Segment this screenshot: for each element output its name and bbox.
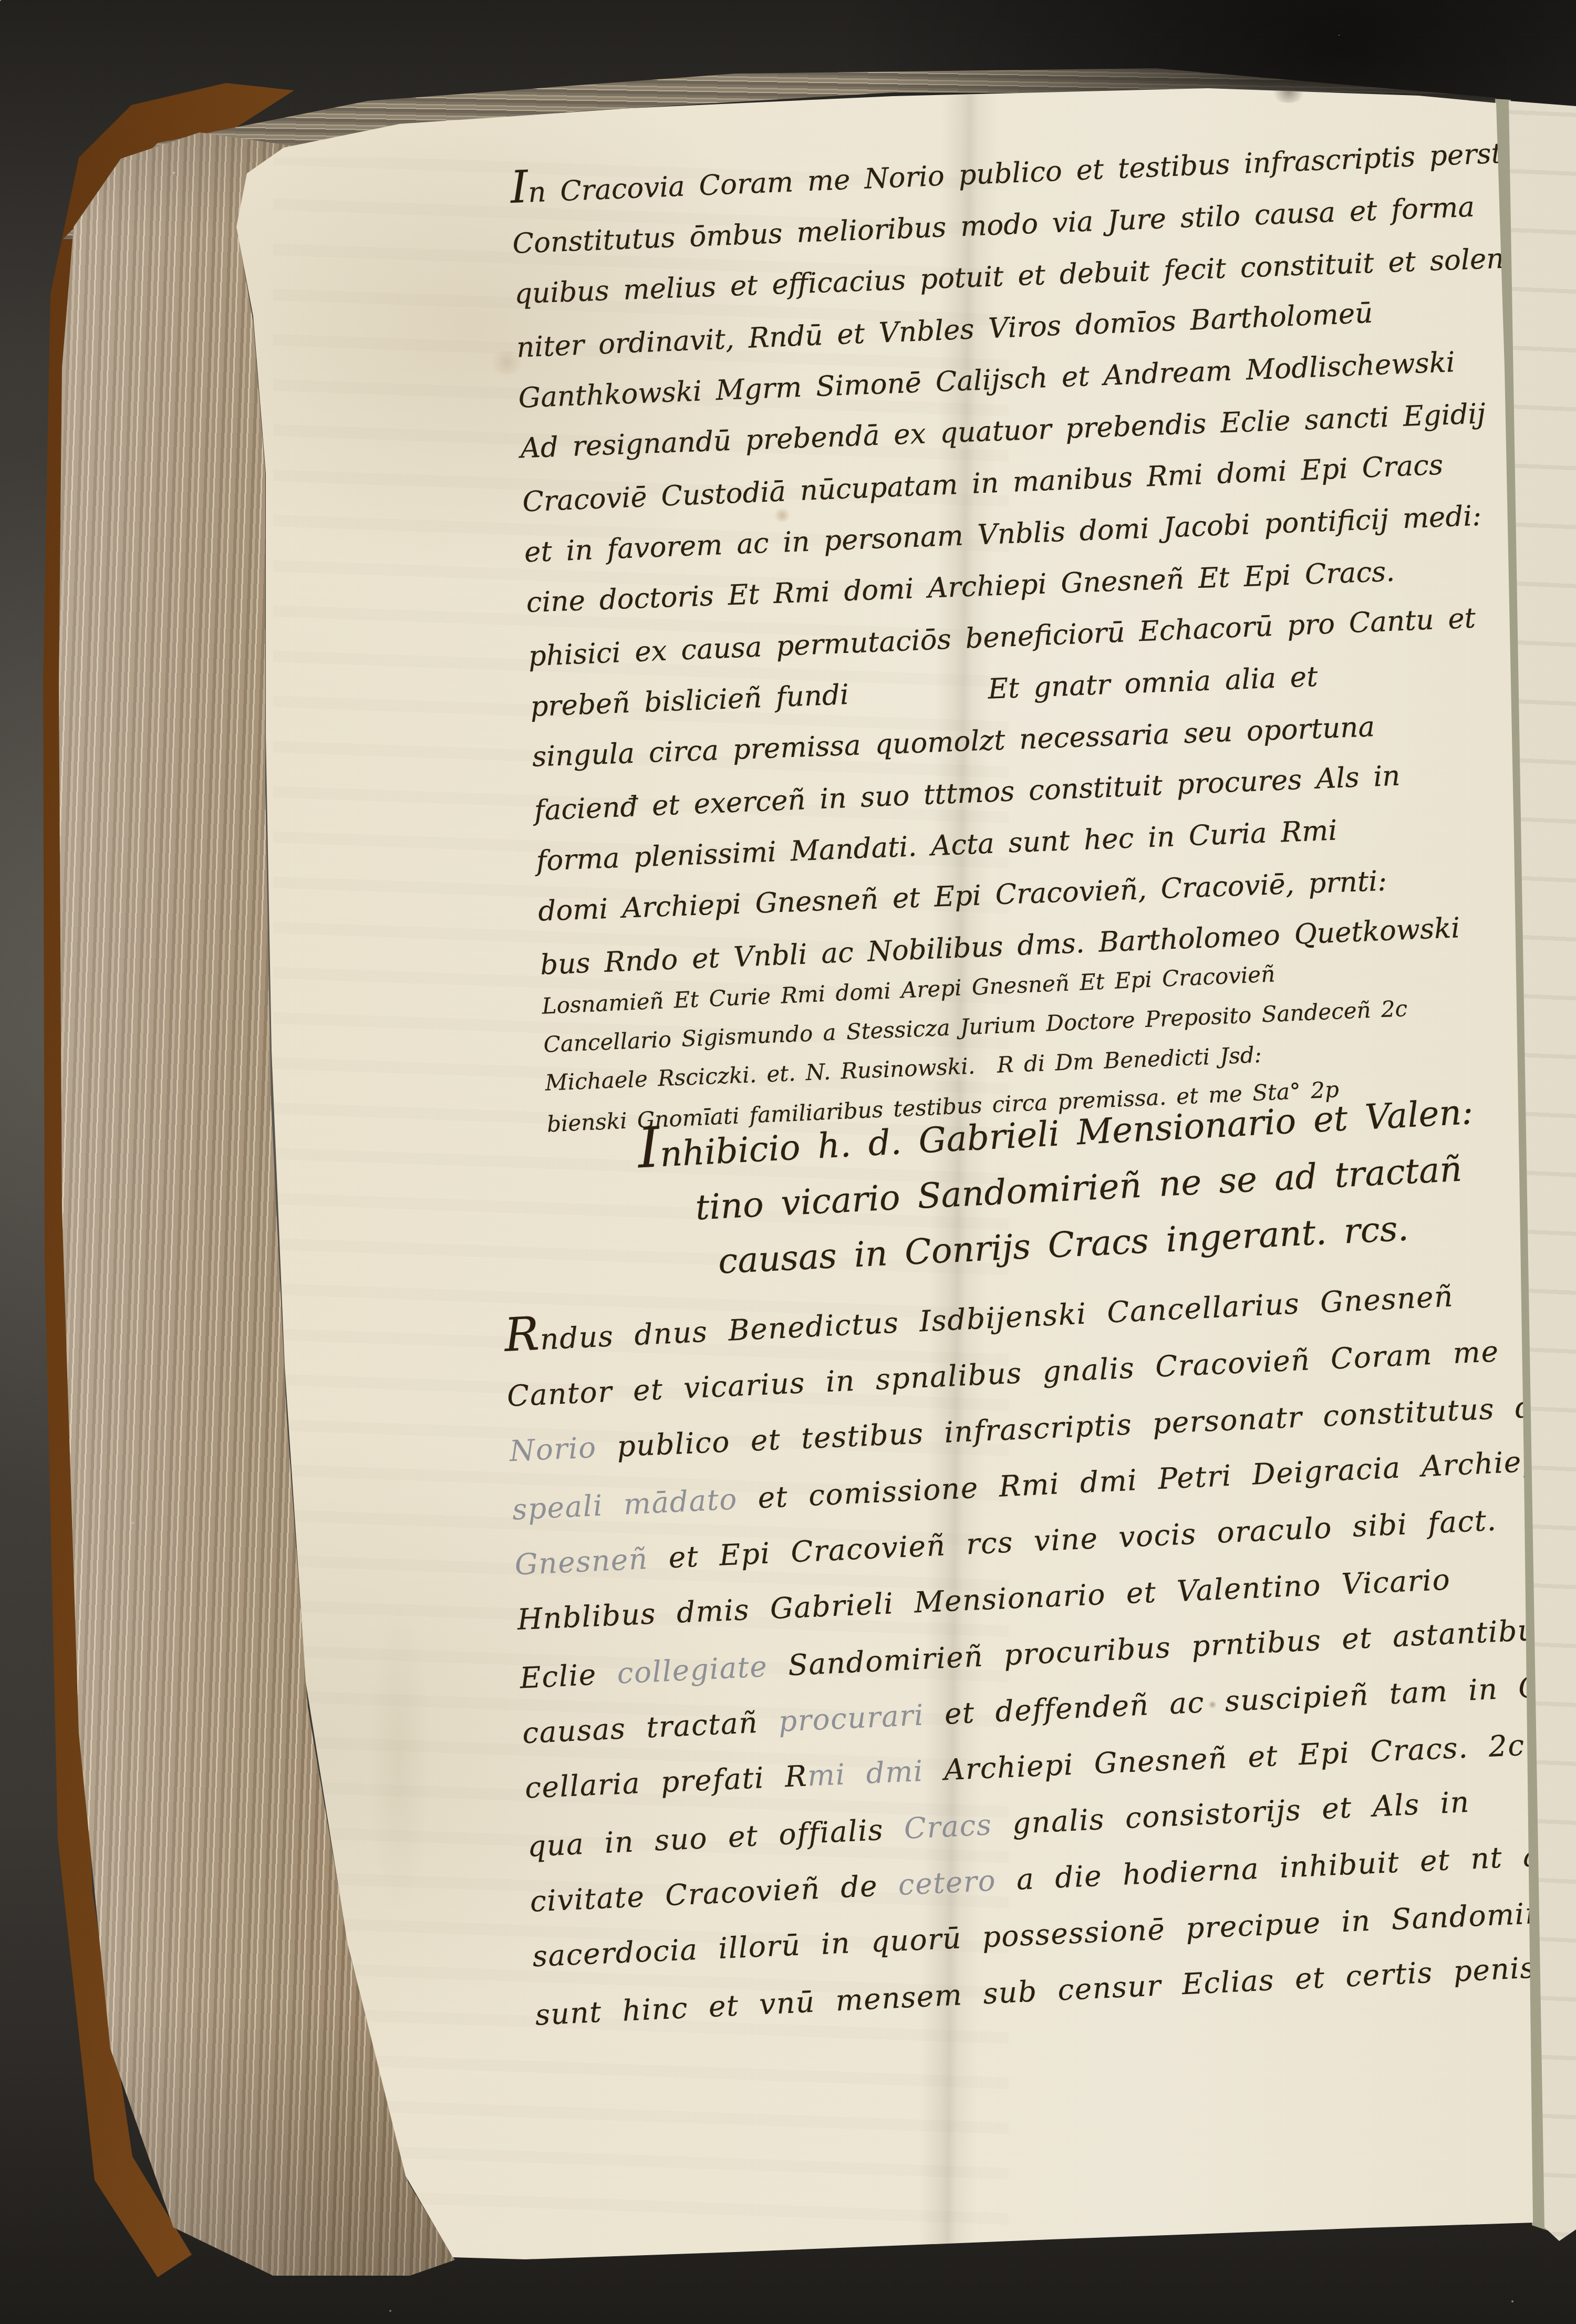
text-segment: Cracs xyxy=(903,1808,993,1845)
text-segment: speali mādato xyxy=(512,1482,739,1526)
text-segment: Gnesneñ xyxy=(514,1542,649,1581)
photograph-background: In Cracovia Coram me Norio publico et te… xyxy=(0,0,1576,2324)
text-segment: civitate Cracovieñ de xyxy=(529,1868,899,1918)
text-segment: Norio xyxy=(509,1430,597,1468)
text-segment: Eclie xyxy=(519,1657,618,1695)
text-segment: I xyxy=(509,161,528,213)
dust-specks xyxy=(0,0,1,1)
text-segment: procurari xyxy=(777,1698,925,1738)
text-segment: causas tractañ xyxy=(522,1705,779,1750)
entry-2-paragraph: Rndus dnus Benedictus Isdbijenski Cancel… xyxy=(503,1264,1576,2042)
text-segment: qua in suo et offialis xyxy=(527,1812,905,1863)
text-segment: gnalis consistorijs et Als in xyxy=(991,1785,1470,1841)
text-segment: collegiate xyxy=(616,1649,769,1690)
entry-1-paragraph: In Cracovia Coram me Norio publico et te… xyxy=(510,128,1547,990)
text-segment: cellaria prefati R xyxy=(524,1759,808,1805)
text-segment: R xyxy=(503,1306,542,1362)
text-segment: cetero xyxy=(897,1864,997,1902)
text-segment: I xyxy=(636,1115,661,1181)
text-segment: mi dmi xyxy=(807,1754,925,1792)
paper-stain xyxy=(368,1602,431,1917)
